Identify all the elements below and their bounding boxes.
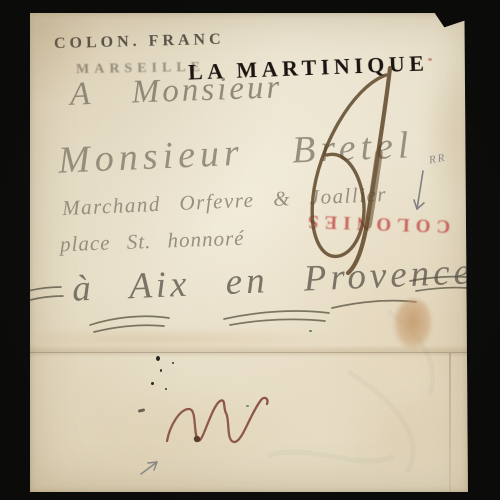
aging-patch <box>422 69 468 199</box>
aging-patch <box>88 385 298 471</box>
handwriting-street: place St. honnoré <box>60 226 245 257</box>
red-speck <box>428 58 432 61</box>
handwriting-addressee: Monsieur Bretel <box>57 123 414 182</box>
handstamp-colonies-red: COLONIES <box>302 209 451 236</box>
ink-speck <box>160 369 162 372</box>
aging-patch <box>346 389 462 485</box>
aging-patch <box>30 13 100 103</box>
crease-smear <box>38 329 348 349</box>
letter-paper: COLON. FRANC MARSEILLE LA MARTINIQUE A M… <box>30 13 468 492</box>
handwriting-salutation: A Monsieur <box>69 69 282 113</box>
ink-speck <box>172 362 174 364</box>
fold-crease-line <box>30 352 468 353</box>
brown-stain <box>394 299 432 349</box>
ink-speck <box>156 356 160 361</box>
green-speck <box>309 330 312 332</box>
photo-of-antique-letter: COLON. FRANC MARSEILLE LA MARTINIQUE A M… <box>0 0 500 500</box>
